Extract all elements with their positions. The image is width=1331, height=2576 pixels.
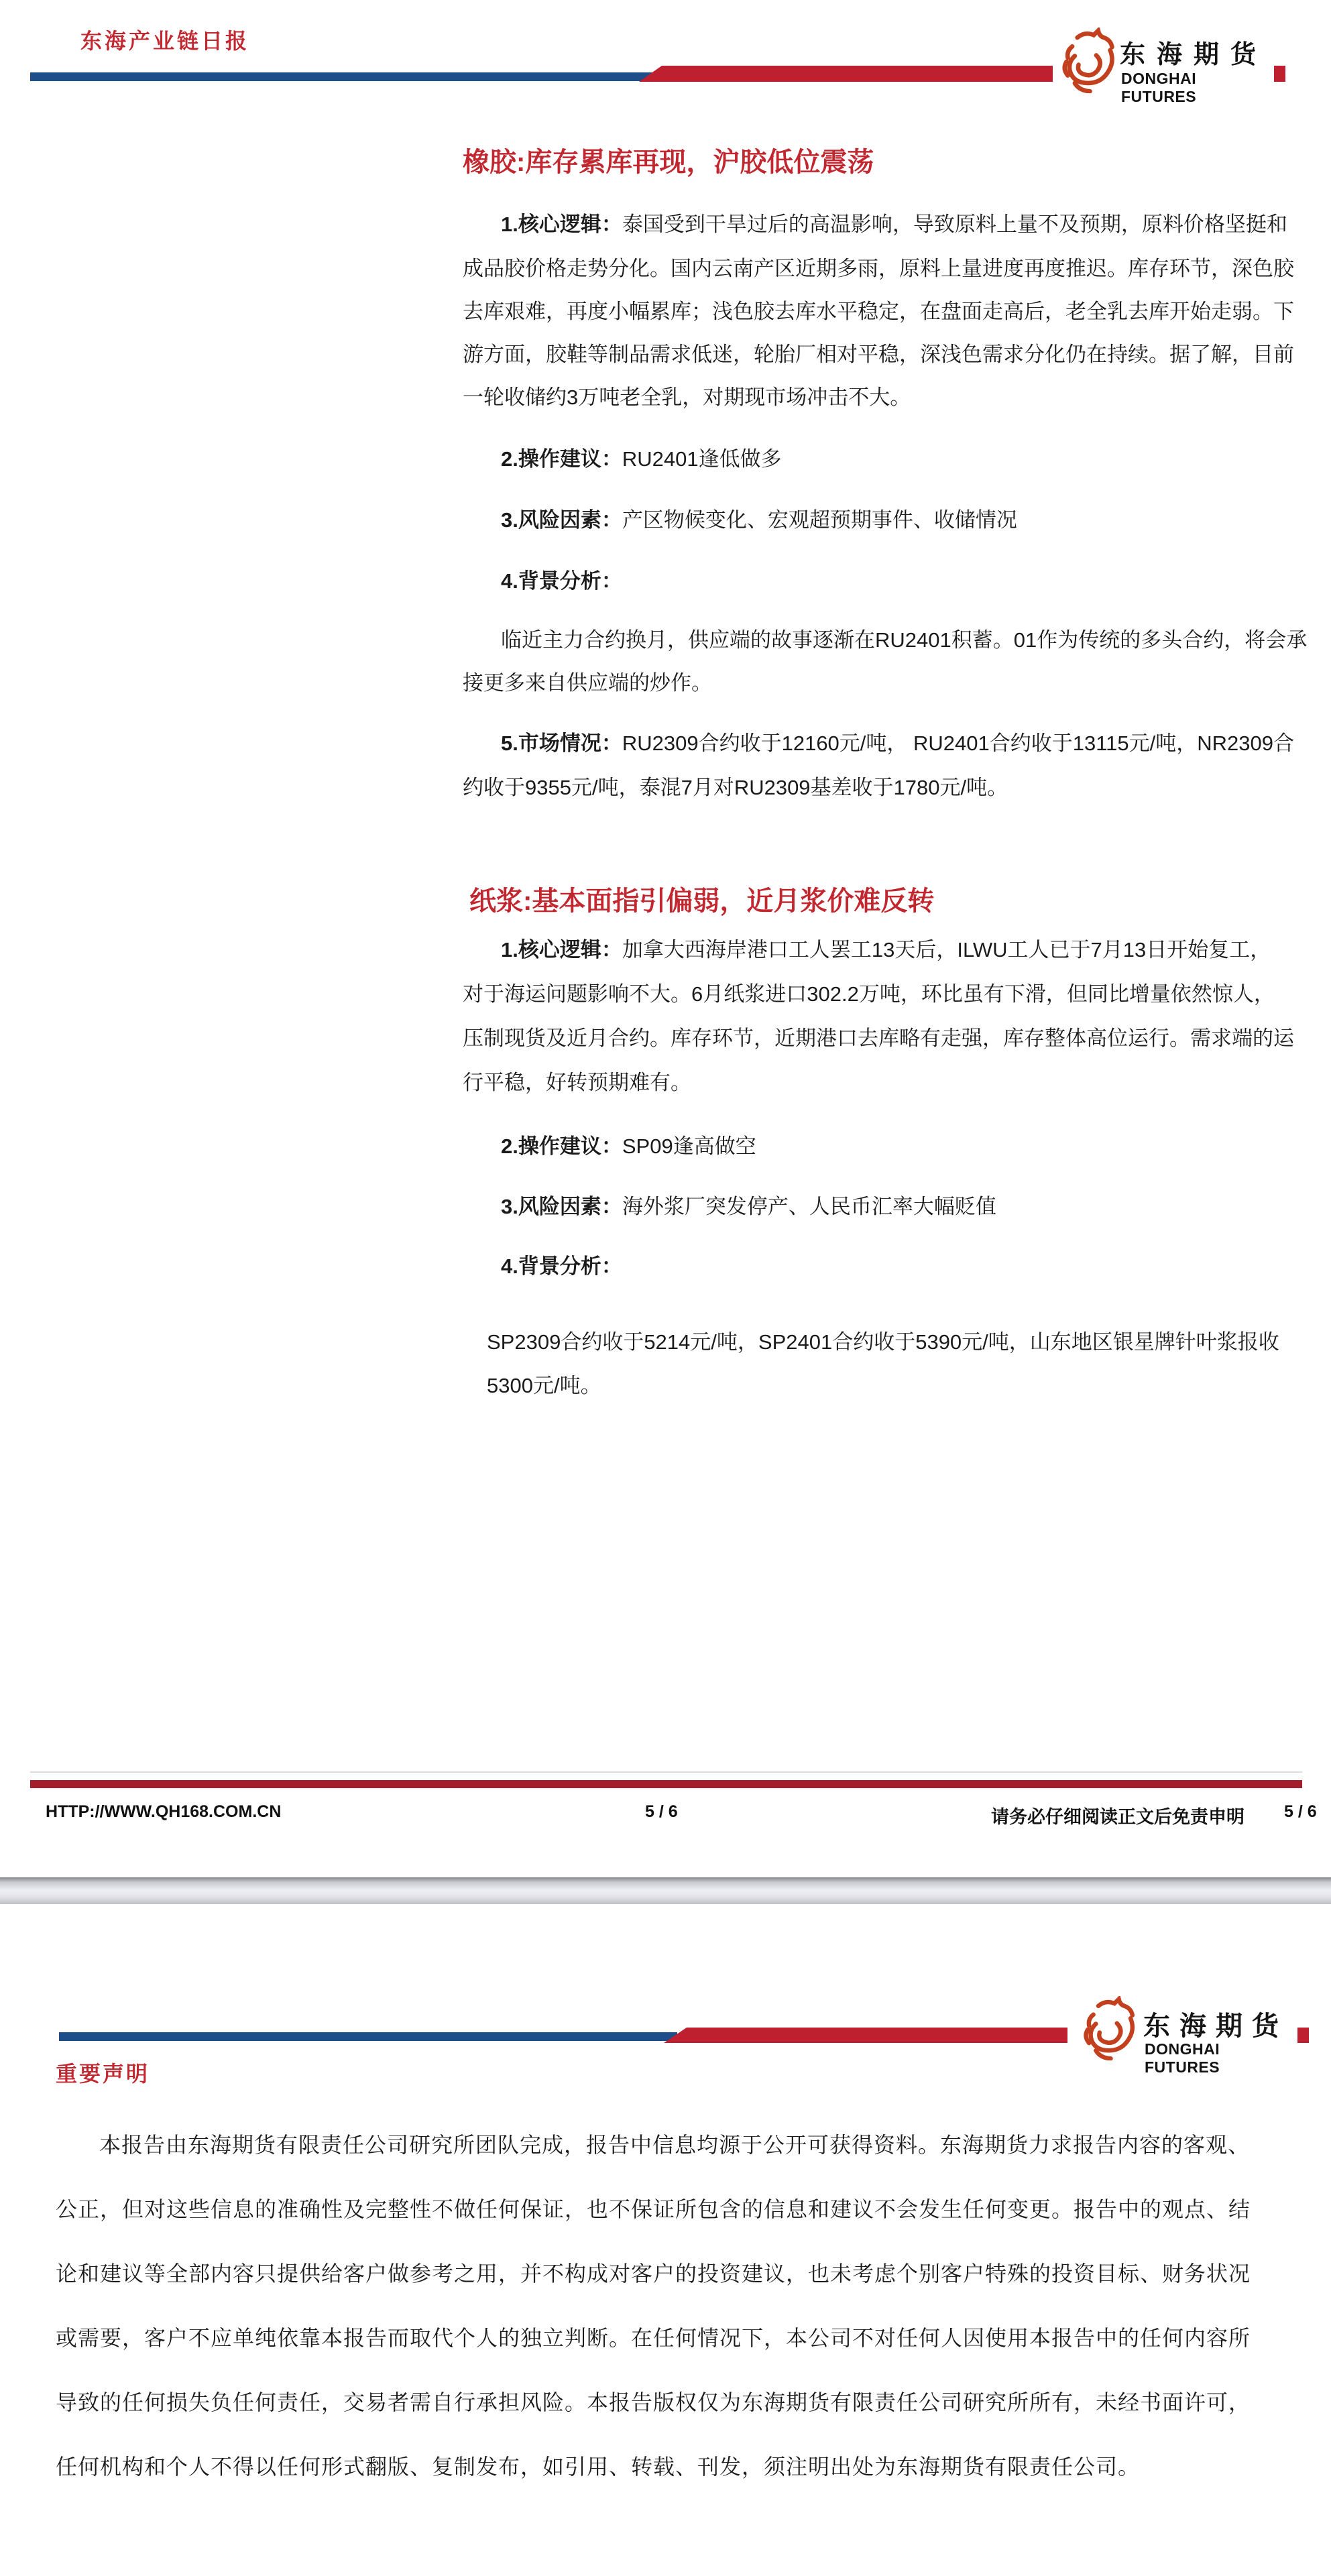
logo-cn-text: 东海期货 bbox=[1120, 34, 1267, 70]
rubber-advice-line: 2.操作建议：RU2401逢低做多 bbox=[501, 442, 782, 472]
report-title: 东海产业链日报 bbox=[80, 24, 249, 55]
rubber-risk-line: 3.风险因素：产区物候变化、宏观超预期事件、收储情况 bbox=[501, 503, 1017, 533]
rubber-logic-label: 1.核心逻辑： bbox=[501, 213, 622, 236]
section-rubber-title: 橡胶:库存累库再现，沪胶低位震荡 bbox=[463, 141, 874, 179]
footer-page-center: 5 / 6 bbox=[645, 1802, 678, 1822]
pulp-logic-label: 1.核心逻辑： bbox=[501, 938, 622, 961]
footer-hairline bbox=[30, 1771, 1302, 1773]
header-bar-blue bbox=[30, 72, 654, 81]
rubber-market-label: 5.市场情况： bbox=[501, 731, 622, 755]
page-1: 东海产业链日报 东海期货 DONGHAI FUTURES 橡胶:库存累库再现，沪… bbox=[0, 0, 1331, 1877]
rubber-advice-text: RU2401逢低做多 bbox=[622, 447, 782, 471]
donghai-logo-icon bbox=[1080, 1996, 1142, 2060]
rubber-market-line-1: 5.市场情况：RU2309合约收于12160元/吨， RU2401合约收于131… bbox=[501, 726, 1294, 756]
disclaimer-line-3: 论和建议等全部内容只提供给客户做参考之用，并不构成对客户的投资建议，也未考虑个别… bbox=[56, 2257, 1251, 2288]
rubber-risk-text: 产区物候变化、宏观超预期事件、收储情况 bbox=[622, 508, 1017, 532]
footer-page-right: 5 / 6 bbox=[1284, 1802, 1317, 1822]
pulp-risk-label: 3.风险因素： bbox=[501, 1195, 622, 1218]
footer-disclaimer-note: 请务必仔细阅读正文后免责申明 bbox=[991, 1802, 1245, 1828]
rubber-advice-label: 2.操作建议： bbox=[501, 447, 622, 471]
rubber-background-line-2: 接更多来自供应端的炒作。 bbox=[463, 666, 712, 696]
disclaimer-line-2: 公正，但对这些信息的准确性及完整性不做任何保证，也不保证所包含的信息和建议不会发… bbox=[56, 2192, 1251, 2223]
important-notice-heading: 重要声明 bbox=[56, 2057, 150, 2088]
header-bar-blue-p2 bbox=[59, 2032, 677, 2041]
rubber-logic-line-2: 成品胶价格走势分化。国内云南产区近期多雨，原料上量进度再度推迟。库存环节，深色胶 bbox=[463, 251, 1294, 282]
rubber-logic-text: 泰国受到干旱过后的高温影响，导致原料上量不及预期，原料价格坚挺和 bbox=[622, 213, 1287, 236]
donghai-logo: 东海期货 DONGHAI FUTURES bbox=[1053, 4, 1274, 95]
logo-cn-text: 东海期货 bbox=[1143, 2005, 1288, 2043]
pulp-risk-line: 3.风险因素：海外浆厂突发停产、人民币汇率大幅贬值 bbox=[501, 1189, 996, 1220]
pulp-logic-line-1: 1.核心逻辑：加拿大西海岸港口工人罢工13天后，ILWU工人已于7月13日开始复… bbox=[501, 933, 1271, 963]
pulp-logic-line-2: 对于海运问题影响不大。6月纸浆进口302.2万吨，环比虽有下滑，但同比增量依然惊… bbox=[463, 977, 1275, 1007]
footer-bar bbox=[30, 1780, 1302, 1788]
rubber-logic-line-4: 游方面，胶鞋等制品需求低迷，轮胎厂相对平稳，深浅色需求分化仍在持续。据了解，目前 bbox=[463, 337, 1294, 367]
disclaimer-line-4: 或需要，客户不应单纯依靠本报告而取代个人的独立判断。在任何情况下，本公司不对任何… bbox=[56, 2321, 1251, 2352]
footer-url[interactable]: HTTP://WWW.QH168.COM.CN bbox=[46, 1802, 281, 1822]
pulp-risk-text: 海外浆厂突发停产、人民币汇率大幅贬值 bbox=[622, 1195, 996, 1218]
disclaimer-line-1: 本报告由东海期货有限责任公司研究所团队完成，报告中信息均源于公开可获得资料。东海… bbox=[99, 2128, 1250, 2159]
pulp-logic-line-4: 行平稳，好转预期难有。 bbox=[463, 1065, 691, 1096]
pulp-logic-line-3: 压制现货及近月合约。库存环节，近期港口去库略有走强，库存整体高位运行。需求端的运 bbox=[463, 1021, 1294, 1051]
page-2: 东海期货 DONGHAI FUTURES 重要声明 本报告由东海期货有限责任公司… bbox=[0, 1904, 1331, 2576]
rubber-background-line-1: 临近主力合约换月，供应端的故事逐渐在RU2401积蓄。01作为传统的多头合约，将… bbox=[501, 623, 1307, 653]
rubber-logic-line-3: 去库艰难，再度小幅累库；浅色胶去库水平稳定，在盘面走高后，老全乳去库开始走弱。下 bbox=[463, 294, 1294, 325]
report-document: { "colors":{ "accent_red":"#c2262e", "bl… bbox=[0, 0, 1331, 2576]
rubber-logic-line-1: 1.核心逻辑：泰国受到干旱过后的高温影响，导致原料上量不及预期，原料价格坚挺和 bbox=[501, 207, 1287, 237]
donghai-logo-p2: 东海期货 DONGHAI FUTURES bbox=[1067, 1978, 1297, 2062]
donghai-logo-icon bbox=[1058, 27, 1122, 93]
page-divider bbox=[0, 1877, 1331, 1904]
rubber-logic-line-5: 一轮收储约3万吨老全乳，对期现市场冲击不大。 bbox=[463, 380, 911, 410]
rubber-market-line-2: 约收于9355元/吨，泰混7月对RU2309基差收于1780元/吨。 bbox=[463, 770, 1008, 801]
pulp-market-line-1: SP2309合约收于5214元/吨，SP2401合约收于5390元/吨，山东地区… bbox=[487, 1325, 1279, 1355]
pulp-logic-text: 加拿大西海岸港口工人罢工13天后，ILWU工人已于7月13日开始复工， bbox=[622, 938, 1271, 961]
pulp-advice-label: 2.操作建议： bbox=[501, 1134, 622, 1158]
disclaimer-line-6: 任何机构和个人不得以任何形式翻版、复制发布，如引用、转载、刊发，须注明出处为东海… bbox=[56, 2450, 1140, 2481]
rubber-background-heading: 4.背景分析： bbox=[501, 564, 622, 594]
pulp-advice-text: SP09逢高做空 bbox=[622, 1134, 756, 1158]
logo-en-text: DONGHAI FUTURES bbox=[1121, 70, 1274, 106]
pulp-advice-line: 2.操作建议：SP09逢高做空 bbox=[501, 1129, 756, 1159]
pulp-background-heading: 4.背景分析： bbox=[501, 1249, 622, 1279]
rubber-market-text: RU2309合约收于12160元/吨， RU2401合约收于13115元/吨，N… bbox=[622, 731, 1294, 755]
section-pulp-title: 纸浆:基本面指引偏弱，近月浆价难反转 bbox=[469, 880, 934, 918]
disclaimer-line-5: 导致的任何损失负任何责任，交易者需自行承担风险。本报告版权仅为东海期货有限责任公… bbox=[56, 2386, 1251, 2416]
logo-en-text: DONGHAI FUTURES bbox=[1145, 2040, 1297, 2076]
rubber-risk-label: 3.风险因素： bbox=[501, 508, 622, 532]
pulp-market-line-2: 5300元/吨。 bbox=[487, 1368, 601, 1399]
